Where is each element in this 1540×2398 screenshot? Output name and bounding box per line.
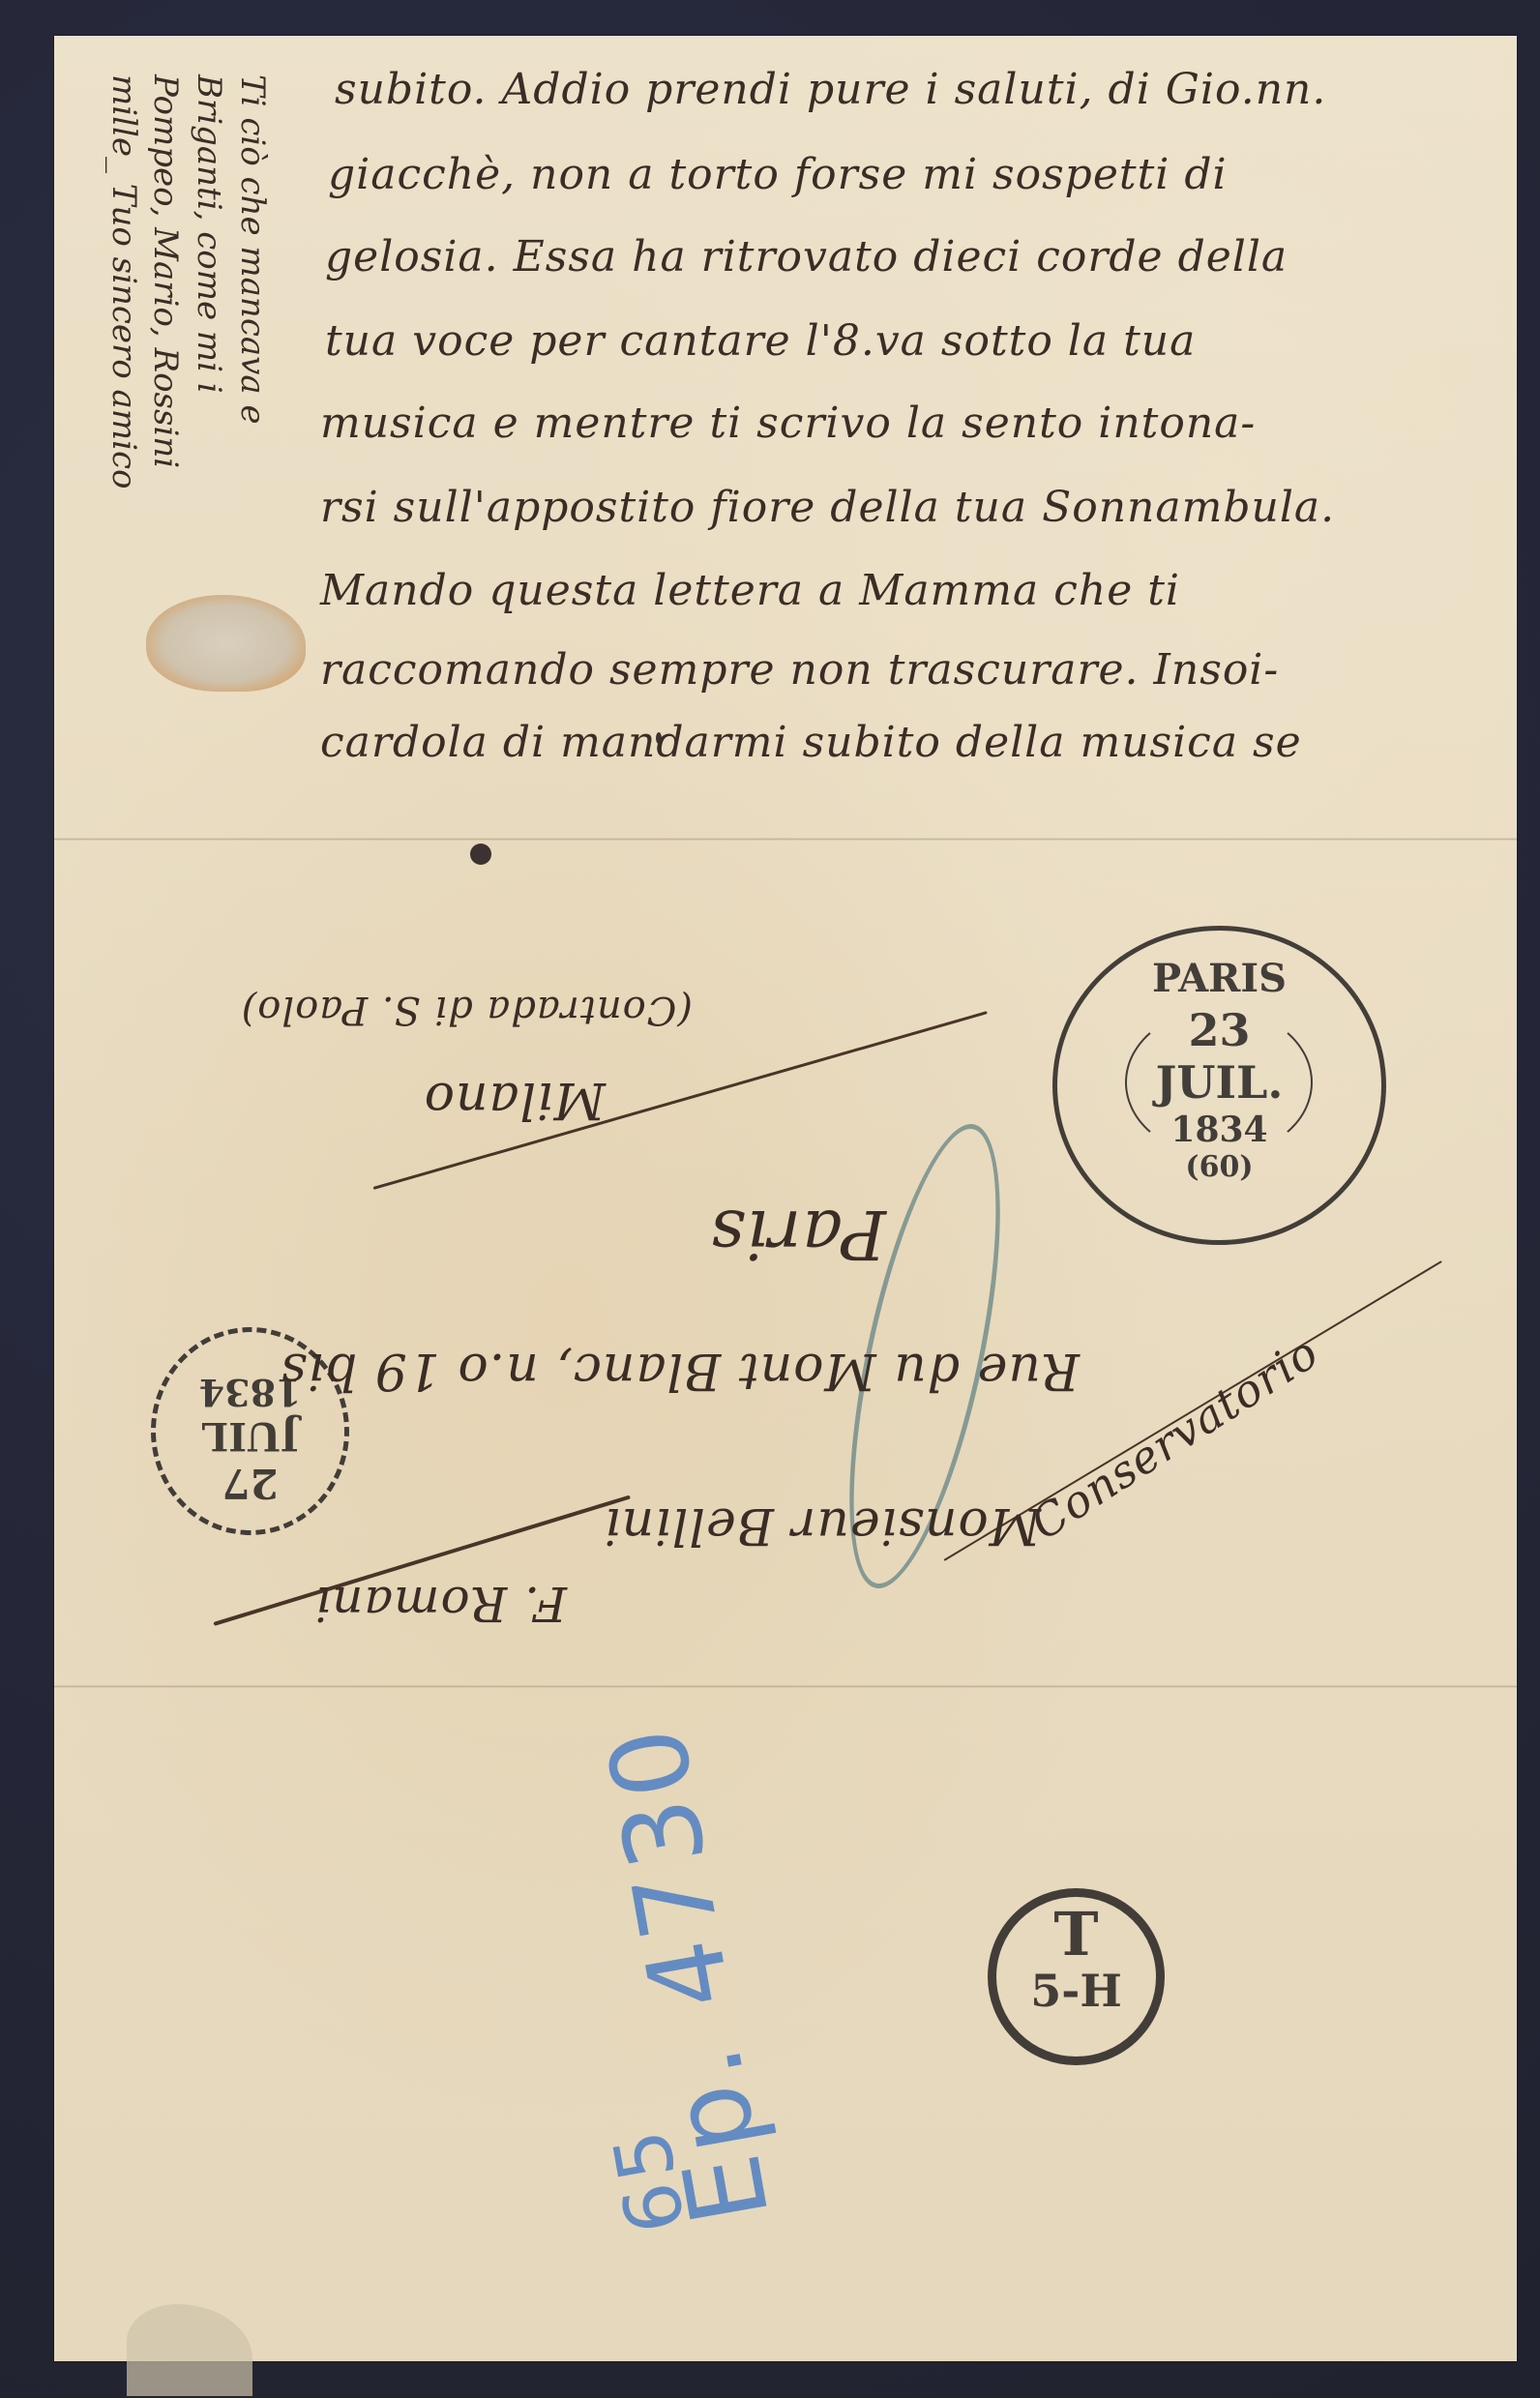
address-line-city: Paris [710,1195,886,1274]
archival-subnumber: 65 [596,2119,703,2239]
letter-line-1: subito. Addio prendi pure i saluti, di G… [335,65,1326,114]
corner-water-stain [127,2304,252,2396]
address-line-street: Rue du Mont Blanc, n.o 19 bis [281,1342,1080,1400]
sender-district: (Contrada di S. Paolo) [241,988,693,1032]
letter-line-9: cardola di mandarmi subito della musica … [320,718,1302,767]
letter-line-4: tua voce per cantare l'8.va sotto la tua [325,316,1196,366]
margin-line-4: mille_ Tuo sincero amico [104,74,143,488]
ink-blot [470,844,491,865]
signature: F. Romani [314,1576,567,1632]
address-line-recipient: Monsieur Bellini [604,1496,1041,1554]
address-panel-inverted: Monsieur Bellini Rue du Mont Blanc, n.o … [209,935,1370,1671]
wax-seal-stain [146,595,306,692]
letter-sheet: Ti ciò che mancava e Briganti, come mi i… [54,36,1517,2361]
margin-line-2: Briganti, come mi i [190,74,228,394]
letter-line-8: raccomando sempre non trascurare. Insoi- [320,645,1279,695]
margin-line-1: Ti ciò che mancava e [233,74,272,425]
tax-handstamp: T 5-H [988,1888,1165,2065]
margin-line-3: Pompeo, Mario, Rossini [146,74,185,468]
letter-line-6: rsi sull'appostito fiore della tua Sonna… [320,483,1335,532]
letter-line-2: giacchè, non a torto forse mi sospetti d… [328,150,1228,199]
letter-line-3: gelosia. Essa ha ritrovato dieci corde d… [325,232,1288,281]
letter-line-7: Mando questa lettera a Mamma che ti [320,566,1180,615]
fold-line-lower [54,1685,1517,1688]
letter-line-5: musica e mentre ti scrivo la sento inton… [320,399,1256,448]
sender-city: Milano [424,1071,606,1129]
fold-line-upper [54,838,1517,841]
